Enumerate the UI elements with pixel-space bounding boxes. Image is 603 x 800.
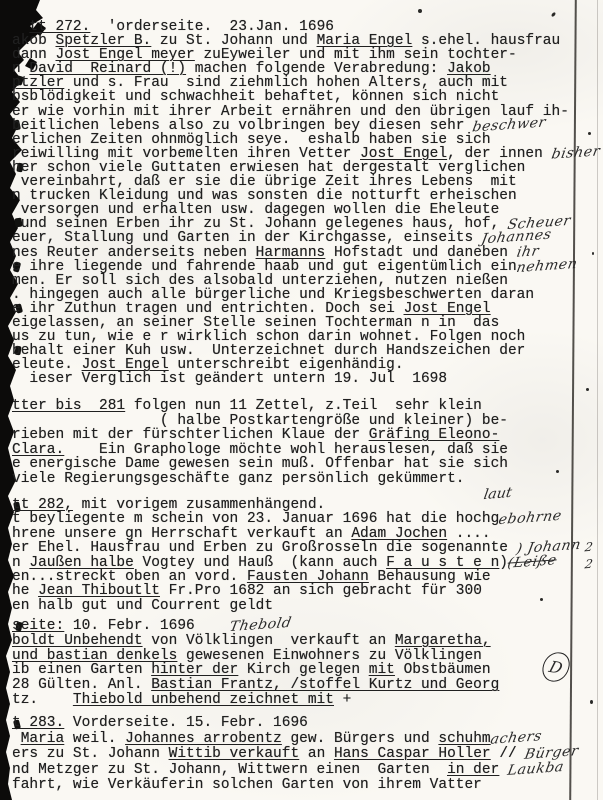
typed-text: e energische Dame gewesen sein muß. Offe… bbox=[12, 456, 508, 472]
dust-speck bbox=[418, 9, 422, 13]
text-line: ib einen Garten hinter der Kirch gelegen… bbox=[12, 663, 499, 678]
text-line: erlichen Zeiten ohnmöglich seye. eshalb … bbox=[12, 133, 599, 147]
handwritten-note: (Leiße bbox=[507, 555, 558, 568]
text-line: he Jean Thiboutlt Fr.Pro 1682 an sich ge… bbox=[12, 584, 580, 598]
handwritten-note: ihr bbox=[516, 246, 540, 257]
hw-mark-2-lower: 2 bbox=[584, 557, 594, 572]
text-line: e energische Dame gewesen sein muß. Offe… bbox=[12, 457, 508, 472]
handwritten-note: bisher bbox=[550, 146, 600, 159]
dust-speck bbox=[590, 700, 593, 704]
text-block-5: t 283. Vorderseite. 15. Febr. 1696 Maria… bbox=[12, 716, 578, 794]
dust-speck bbox=[586, 388, 589, 391]
text-line: bsblödigkeit und schwachheit behaftet, k… bbox=[12, 90, 599, 104]
handwritten-note: ebohrne bbox=[498, 511, 563, 525]
typed-text bbox=[12, 731, 21, 747]
text-line: er Ehel. Hausfrau und Erben zu Großrosse… bbox=[12, 541, 580, 555]
text-line: tter bis 281 folgen nun 11 Zettel, z.Tei… bbox=[12, 399, 508, 414]
typed-text: fahrt, wie Verkäuferin solchen Garten vo… bbox=[12, 777, 482, 793]
text-line: Maria weil. Johannes arrobentz gew. Bürg… bbox=[12, 732, 578, 748]
text-line: nd Metzger zu St. Johann, Wittwern einen… bbox=[12, 763, 578, 779]
typed-text: Hans Caspar Holler bbox=[334, 746, 491, 762]
typed-text: boldt Unbehendt bbox=[12, 633, 143, 649]
typed-text: Gräfing Eleono- bbox=[369, 427, 500, 443]
text-line: tz. Thiebold unbehend zeichnet mit + bbox=[12, 693, 499, 708]
text-line: tt 272. 'orderseite. 23.Jan. 1696 bbox=[12, 20, 599, 34]
dust-speck bbox=[556, 470, 559, 473]
text-block-3: tt 282, mit vorigem zusammenhängend.t be… bbox=[12, 498, 580, 613]
handwritten-note: Thebold bbox=[228, 618, 292, 632]
typed-text: von Völklingen verkauft an bbox=[143, 633, 395, 649]
typed-text: Maria bbox=[21, 731, 65, 747]
text-line: boldt Unbehendt von Völklingen verkauft … bbox=[12, 634, 499, 649]
handwritten-note: nehmen bbox=[515, 259, 578, 273]
text-line: eigelassen, an seiner Stelle seinen Toch… bbox=[12, 316, 599, 330]
hw-mark-2-upper: 2 bbox=[584, 540, 594, 555]
typed-text: tter bis 281 bbox=[12, 398, 125, 414]
text-line: e ihr Zuthun tragen und entrichten. Doch… bbox=[12, 302, 599, 316]
typed-text: folgen nun 11 Zettel, z.Teil sehr klein bbox=[125, 398, 482, 414]
typed-text: 28 Gülten. Anl. bbox=[12, 677, 151, 693]
text-line: fahrt, wie Verkäuferin solchen Garten vo… bbox=[12, 778, 578, 794]
text-line: men. Er soll sich des alsobald unterzieh… bbox=[12, 274, 599, 288]
typed-text: weil. bbox=[64, 731, 125, 747]
text-line: ieser Verglich ist geändert untern 19. J… bbox=[12, 372, 599, 386]
text-block-1: tt 272. 'orderseite. 23.Jan. 1696akob Sp… bbox=[12, 20, 599, 386]
typed-text: Bastian Frantz, /stoffel Kurtz und Georg bbox=[151, 677, 499, 693]
handwritten-note: Bürger bbox=[524, 746, 580, 760]
handwritten-note: beschwer bbox=[472, 117, 547, 132]
hw-note-laut: laut bbox=[482, 485, 513, 503]
typed-text: rieben mit der fürschterlichen Klaue der bbox=[12, 427, 369, 443]
text-line: en halb gut und Courrent geldt bbox=[12, 599, 580, 613]
typed-text: Kirch gelegen bbox=[238, 662, 369, 678]
typed-text: viele Regierungsgeschäfte ganz persönlic… bbox=[12, 471, 464, 487]
text-line: t beyliegente m schein von 23. Januar 16… bbox=[12, 512, 580, 526]
typed-text: hinter der bbox=[151, 662, 238, 678]
text-line: reiwilling mit vorbemelten ihren Vetter … bbox=[12, 147, 599, 161]
text-line: seite: 10. Febr. 1696 Thebold bbox=[12, 619, 499, 634]
text-line: viele Regierungsgeschäfte ganz persönlic… bbox=[12, 472, 508, 487]
text-block-2: tter bis 281 folgen nun 11 Zettel, z.Tei… bbox=[12, 399, 508, 487]
typed-text: in der bbox=[447, 762, 499, 778]
text-line: ( halbe Postkartengröße und kleiner) be- bbox=[12, 414, 508, 429]
typed-text: Johannes arrobentz bbox=[125, 731, 282, 747]
text-line: 28 Gülten. Anl. Bastian Frantz, /stoffel… bbox=[12, 678, 499, 693]
circled-letter-mark: D bbox=[539, 650, 573, 684]
handwritten-note: Johannes bbox=[480, 230, 552, 245]
typed-text: Obstbäumen bbox=[395, 662, 491, 678]
text-line: vereinbahrt, daß er sie die übrige Zeit … bbox=[12, 175, 599, 189]
typed-text: + bbox=[334, 692, 351, 708]
typed-text: Margaretha, bbox=[395, 633, 491, 649]
handwritten-note: Laukba bbox=[507, 762, 565, 776]
text-block-4: seite: 10. Febr. 1696 Theboldboldt Unbeh… bbox=[12, 619, 499, 708]
typed-text: // bbox=[491, 746, 526, 762]
typed-text: t 283. bbox=[12, 715, 64, 731]
document-scan-page: tt 272. 'orderseite. 23.Jan. 1696akob Sp… bbox=[0, 0, 603, 800]
typed-text: seite: bbox=[12, 618, 64, 634]
text-line: e ihre liegende und fahrende haab und gu… bbox=[12, 260, 599, 274]
text-line: ers zu St. Johann Wittib verkauft an Han… bbox=[12, 747, 578, 763]
text-line: her schon viele Guttaten erwiesen hat de… bbox=[12, 161, 599, 175]
text-line: . hingegen auch alle bürgerliche und Kri… bbox=[12, 288, 599, 302]
typed-text: 10. Febr. 1696 bbox=[64, 618, 229, 634]
typed-text: tz. bbox=[12, 692, 73, 708]
typed-text: ers zu St. Johann bbox=[12, 746, 169, 762]
typed-text: gew. Bürgers und bbox=[282, 731, 439, 747]
typed-text: en halb gut und Courrent geldt bbox=[12, 598, 273, 614]
typed-text: nd Metzger zu St. Johann, Wittwern einen… bbox=[12, 762, 447, 778]
typed-text: ib einen Garten bbox=[12, 662, 151, 678]
text-line: t 283. Vorderseite. 15. Febr. 1696 bbox=[12, 716, 578, 732]
text-line: rieben mit der fürschterlichen Klaue der… bbox=[12, 428, 508, 443]
handwritten-note: achers bbox=[489, 731, 542, 744]
typed-text: ieser Verglich ist geändert untern 19. J… bbox=[12, 371, 447, 387]
typed-text: Wittib verkauft bbox=[169, 746, 300, 762]
typed-text: Thiebold unbehend zeichnet mit bbox=[73, 692, 334, 708]
typed-text: schuhm bbox=[438, 731, 490, 747]
text-line: beitlichen lebens also zu volbringen bey… bbox=[12, 119, 599, 133]
text-line: n Jaußen halbe Vogtey und Hauß (kann auc… bbox=[12, 556, 580, 570]
typed-text: mit bbox=[369, 662, 395, 678]
text-line: euer, Stallung und Garten in der Kirchga… bbox=[12, 231, 599, 245]
typed-text: an bbox=[299, 746, 334, 762]
dust-speck bbox=[551, 12, 557, 18]
text-line: nes Reuter anderseits neben Harmanns Hof… bbox=[12, 246, 599, 260]
typed-text: Vorderseite. 15. Febr. 1696 bbox=[64, 715, 308, 731]
